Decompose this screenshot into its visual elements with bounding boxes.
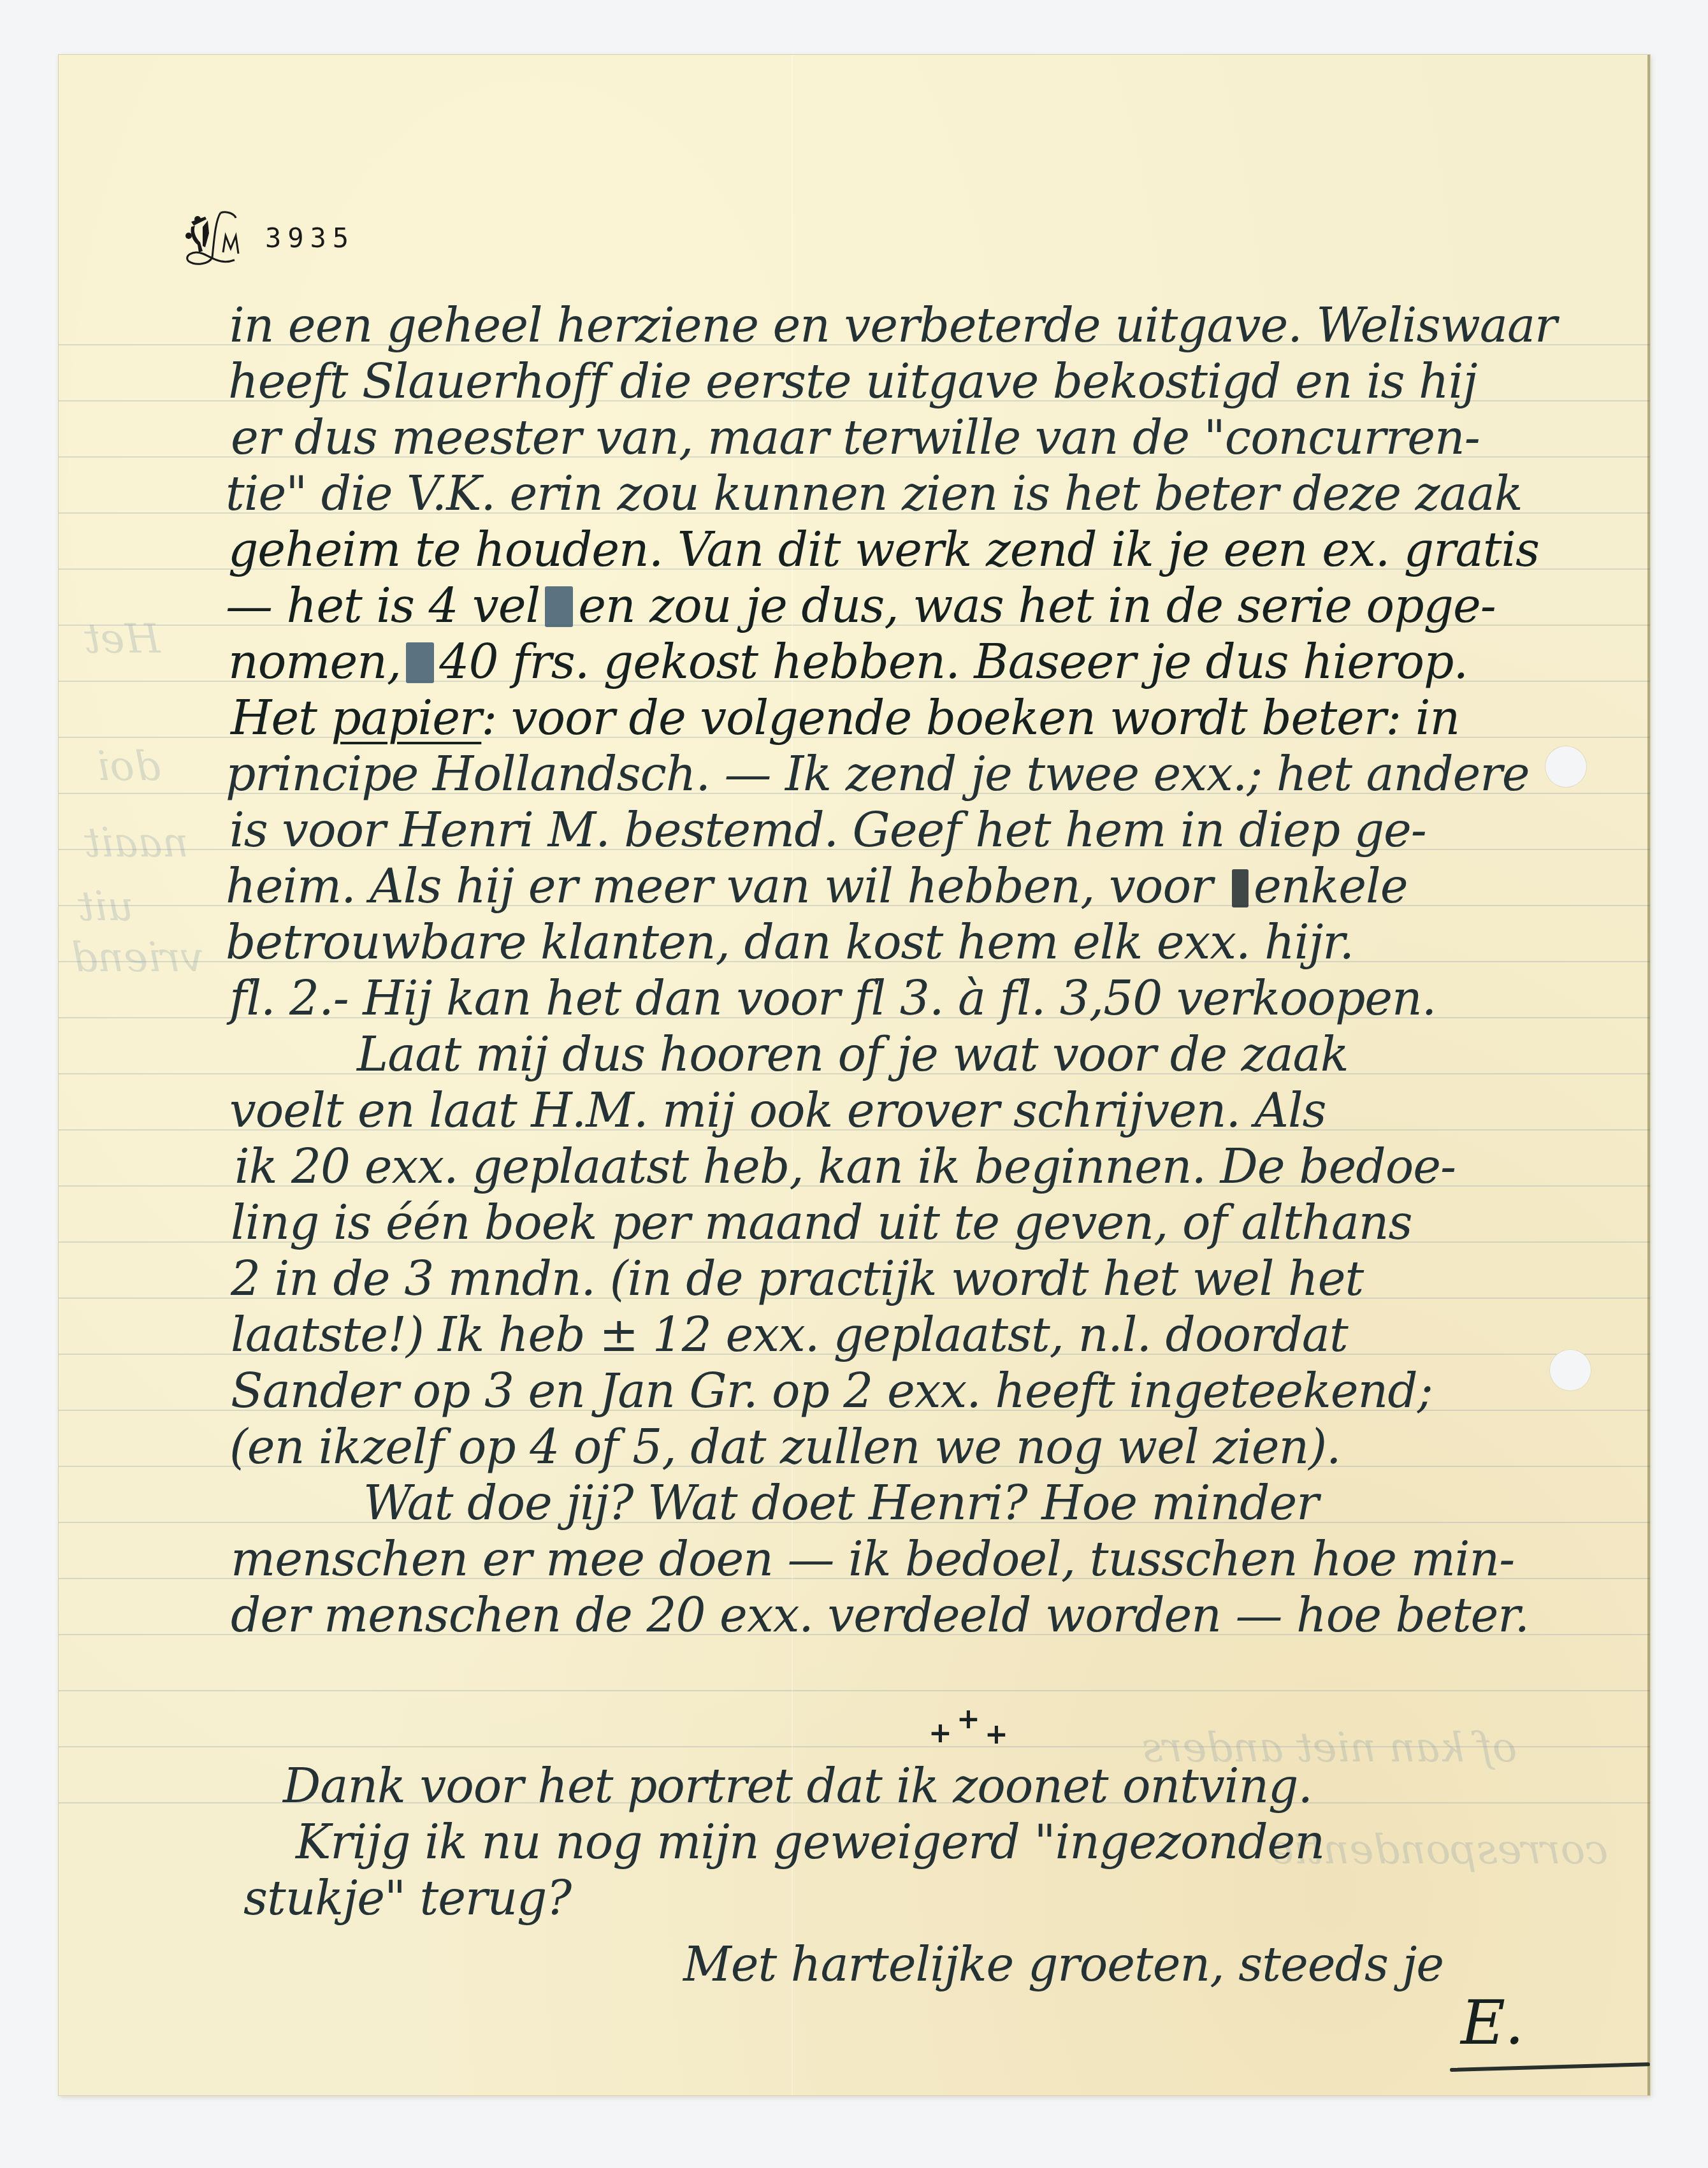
- archive-stamp: 3935: [184, 208, 355, 268]
- letter-line: Sander op 3 en Jan Gr. op 2 exx. heeft i…: [231, 1368, 1433, 1415]
- archive-number: 3935: [265, 222, 355, 254]
- letter-line: ik 20 exx. geplaatst heb, kan ik beginne…: [235, 1143, 1456, 1190]
- letter-line: betrouwbare klanten, dan kost hem elk ex…: [226, 919, 1354, 966]
- letter-line: menschen er mee doen — ik bedoel, tussch…: [231, 1536, 1514, 1583]
- closing-line: Met hartelijke groeten, steeds je: [683, 1941, 1444, 1988]
- letter-text: Het: [231, 691, 317, 746]
- letter-line: in een geheel herziene en verbeterde uit…: [229, 302, 1556, 349]
- postscript-line: Dank voor het portret dat ik zoonet ontv…: [283, 1763, 1312, 1810]
- postscript-line: stukje" terug?: [243, 1875, 571, 1922]
- show-through-text: Het: [84, 616, 160, 663]
- ruled-line: [59, 1690, 1650, 1691]
- letter-sheet: Het doi naait uit vriend of kan niet and…: [59, 55, 1650, 2095]
- letter-text: : voor de volgende boeken wordt beter: i…: [481, 691, 1459, 746]
- letter-line: heim. Als hij er meer van wil hebben, vo…: [226, 863, 1407, 910]
- ink-redaction: [545, 586, 573, 627]
- show-through-text: doi: [97, 743, 161, 790]
- signature: E.: [1461, 1992, 1524, 2053]
- postscript-line: Krijg ik nu nog mijn geweigerd "ingezond…: [296, 1819, 1324, 1866]
- letter-line: Wat doe jij? Wat doet Henri? Hoe minder: [363, 1480, 1319, 1527]
- ink-redaction: [406, 642, 434, 683]
- underlined-word: papier: [331, 691, 482, 746]
- letter-line: Laat mij dus hooren of je wat voor de za…: [357, 1031, 1349, 1078]
- letter-line: Het papier: voor de volgende boeken word…: [231, 695, 1459, 742]
- letter-line: der menschen de 20 exx. verdeeld worden …: [231, 1592, 1529, 1639]
- letter-line: laatste!) Ik heb ± 12 exx. geplaatst, n.…: [231, 1312, 1348, 1359]
- show-through-text: uit: [78, 883, 133, 930]
- letter-line: is voor Henri M. bestemd. Geef het hem i…: [229, 807, 1426, 854]
- letter-text: heim. Als hij er meer van wil hebben, vo…: [226, 859, 1212, 914]
- punch-hole: [1545, 746, 1587, 788]
- letter-text: 40 frs. gekost hebben. Baseer je dus hie…: [439, 635, 1468, 690]
- letter-line: ling is één boek per maand uit te geven,…: [231, 1199, 1412, 1247]
- show-through-text: vriend: [71, 934, 203, 981]
- letter-text: — het is 4 vel: [226, 579, 540, 633]
- letter-line: principe Hollandsch. — Ik zend je twee e…: [226, 751, 1530, 798]
- letter-line: — het is 4 velen zou je dus, was het in …: [226, 582, 1496, 630]
- punch-hole: [1549, 1349, 1591, 1391]
- letter-line: geheim te houden. Van dit werk zend ik j…: [228, 526, 1539, 574]
- letter-line: er dus meester van, maar terwille van de…: [231, 414, 1480, 461]
- show-through-text: naait: [84, 820, 189, 867]
- letter-text: enkele: [1254, 859, 1408, 914]
- letter-line: tie" die V.K. erin zou kunnen zien is he…: [226, 470, 1523, 517]
- ink-redaction: [1232, 869, 1248, 907]
- lm-monogram-icon: [184, 208, 247, 268]
- letter-text: en zou je dus, was het in de serie opge-: [578, 579, 1495, 633]
- letter-line: heeft Slauerhoff die eerste uitgave beko…: [228, 358, 1477, 405]
- letter-line: nomen,40 frs. gekost hebben. Baseer je d…: [228, 639, 1468, 686]
- letter-line: voelt en laat H.M. mij ook erover schrij…: [229, 1087, 1326, 1134]
- insertion-mark: + + +: [929, 1705, 1018, 1750]
- letter-line: (en ikzelf op 4 of 5, dat zullen we nog …: [229, 1424, 1341, 1471]
- letter-text: nomen,: [228, 635, 401, 690]
- letter-line: fl. 2.- Hij kan het dan voor fl 3. à fl.…: [229, 975, 1436, 1022]
- letter-line: 2 in de 3 mndn. (in de practijk wordt he…: [231, 1255, 1363, 1303]
